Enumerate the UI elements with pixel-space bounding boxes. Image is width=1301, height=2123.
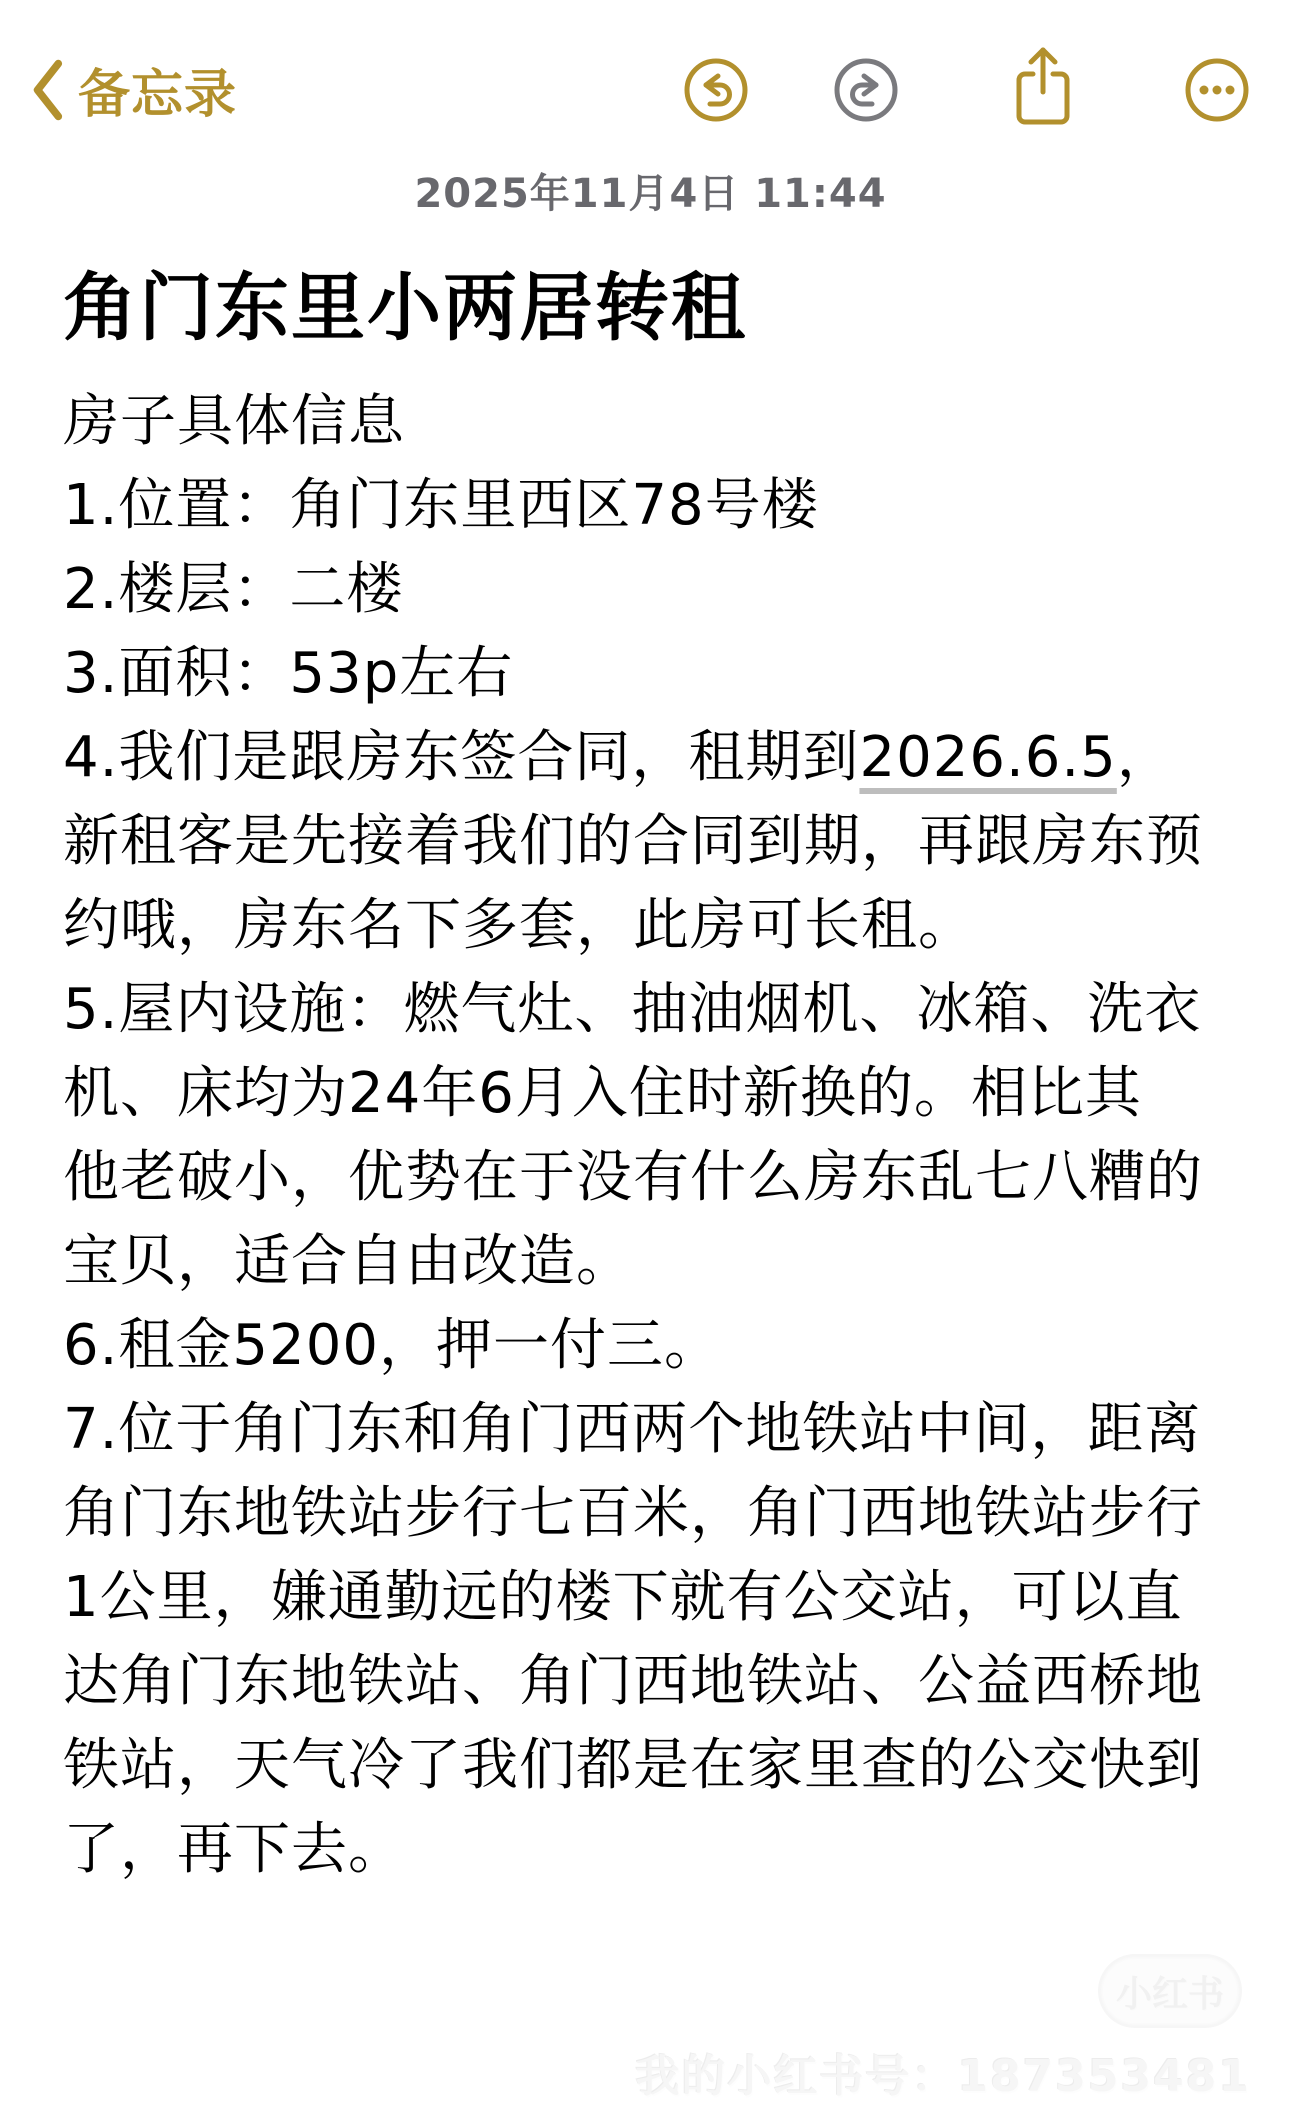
xiaohongshu-logo-watermark: 小红书 <box>1100 1956 1240 2026</box>
note-line: 7.位于角门东和角门西两个地铁站中间，距离 <box>63 1388 1248 1472</box>
note-line: 3.面积：53p左右 <box>63 632 1248 716</box>
note-body: 房子具体信息 1.位置：角门东里西区78号楼 2.楼层：二楼 3.面积：53p左… <box>63 380 1248 1892</box>
back-button-label: 备忘录 <box>78 52 237 127</box>
xiaohongshu-id-watermark: 我的小红书号：187353481 <box>635 2040 1251 2104</box>
redo-icon[interactable] <box>832 56 900 124</box>
detected-date-link[interactable]: 2026.6.5 <box>859 725 1116 790</box>
more-options-icon[interactable] <box>1183 56 1251 124</box>
note-line: 了，再下去。 <box>63 1808 1248 1892</box>
share-icon[interactable] <box>1015 44 1071 128</box>
note-line: 机、床均为24年6月入住时新换的。相比其 <box>63 1052 1248 1136</box>
back-button[interactable]: 备忘录 <box>30 52 237 127</box>
note-line: 新租客是先接着我们的合同到期，再跟房东预 <box>63 800 1248 884</box>
undo-icon[interactable] <box>682 56 750 124</box>
note-line: 6.租金5200，押一付三。 <box>63 1304 1248 1388</box>
note-line: 房子具体信息 <box>63 380 1248 464</box>
note-line: 约哦，房东名下多套，此房可长租。 <box>63 884 1248 968</box>
navigation-bar: 备忘录 <box>0 0 1301 135</box>
note-line: 2.楼层：二楼 <box>63 548 1248 632</box>
chevron-left-icon <box>30 57 64 123</box>
note-line: 5.屋内设施：燃气灶、抽油烟机、冰箱、洗衣 <box>63 968 1248 1052</box>
note-line: 1公里，嫌通勤远的楼下就有公交站，可以直 <box>63 1556 1248 1640</box>
note-line: 角门东地铁站步行七百米，角门西地铁站步行 <box>63 1472 1248 1556</box>
note-title: 角门东里小两居转租 <box>63 258 1248 358</box>
note-line: 1.位置：角门东里西区78号楼 <box>63 464 1248 548</box>
line4-suffix: ， <box>1117 725 1174 790</box>
note-editor[interactable]: 角门东里小两居转租 房子具体信息 1.位置：角门东里西区78号楼 2.楼层：二楼… <box>63 258 1248 1892</box>
line4-prefix: 4.我们是跟房东签合同，租期到 <box>63 725 859 790</box>
note-line: 宝贝，适合自由改造。 <box>63 1220 1248 1304</box>
note-line: 铁站，天气冷了我们都是在家里查的公交快到 <box>63 1724 1248 1808</box>
note-line-with-date-link: 4.我们是跟房东签合同，租期到2026.6.5， <box>63 716 1248 800</box>
note-line: 他老破小，优势在于没有什么房东乱七八糟的 <box>63 1136 1248 1220</box>
note-line: 达角门东地铁站、角门西地铁站、公益西桥地 <box>63 1640 1248 1724</box>
note-date: 2025年11月4日 11:44 <box>0 162 1301 219</box>
